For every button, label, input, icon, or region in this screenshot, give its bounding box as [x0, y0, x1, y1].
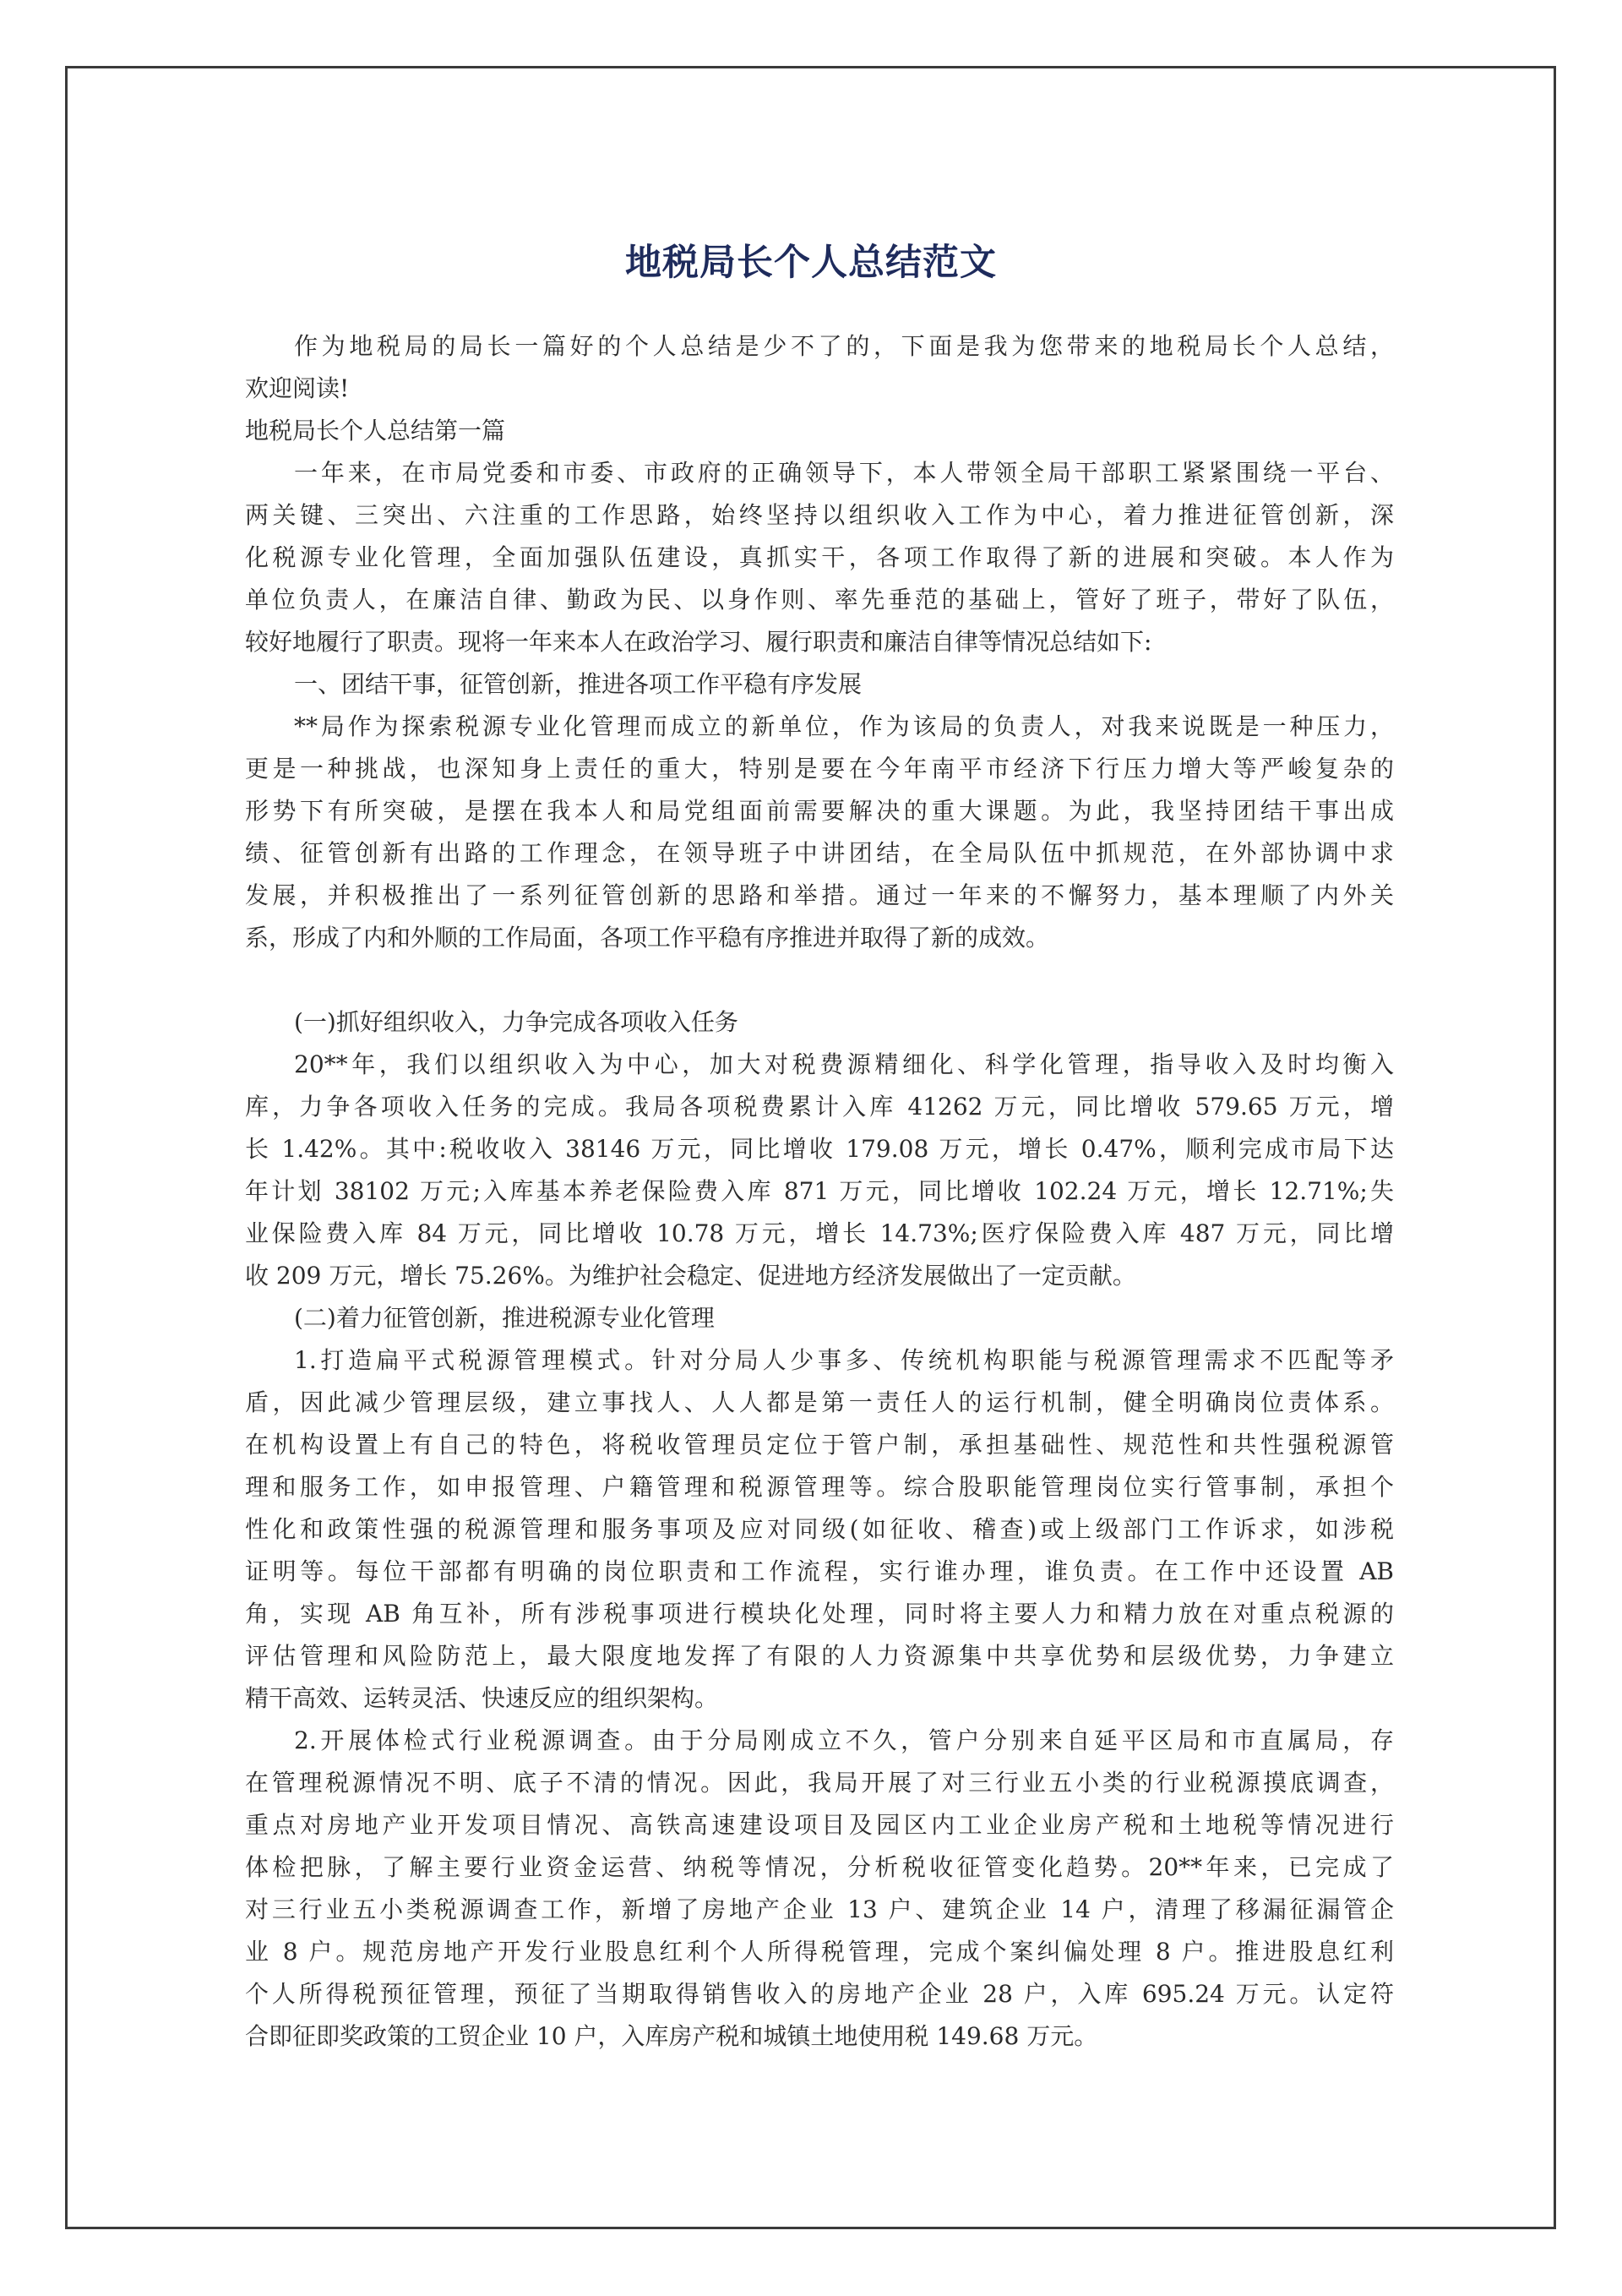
paragraph-line: 更是一种挑战，也深知身上责任的重大，特别是要在今年南平市经济下行压力增大等严峻复…: [245, 748, 1394, 790]
paragraph-line: 对三行业五小类税源调查工作，新增了房地产企业 13 户、建筑企业 14 户，清理…: [245, 1889, 1394, 1931]
paragraph-line: 业 8 户。规范房地产开发行业股息红利个人所得税管理，完成个案纠偏处理 8 户。…: [245, 1931, 1394, 1973]
paragraph-line: 单位负责人，在廉洁自律、勤政为民、以身作则、率先垂范的基础上，管好了班子，带好了…: [245, 579, 1394, 621]
paragraph-line: 性化和政策性强的税源管理和服务事项及应对同级(如征收、稽查)或上级部门工作诉求，…: [245, 1508, 1394, 1551]
paragraph-line: 在管理税源情况不明、底子不清的情况。因此，我局开展了对三行业五小类的行业税源摸底…: [245, 1762, 1394, 1804]
paragraph-line: 业保险费入库 84 万元，同比增收 10.78 万元，增长 14.73%;医疗保…: [245, 1213, 1394, 1255]
subheading: 一、团结干事，征管创新，推进各项工作平稳有序发展: [245, 663, 1394, 706]
paragraph-line: 较好地履行了职责。现将一年来本人在政治学习、履行职责和廉洁自律等情况总结如下:: [245, 621, 1394, 663]
subheading: (一)抓好组织收入，力争完成各项收入任务: [245, 1001, 1394, 1044]
paragraph-line: 发展，并积极推出了一系列征管创新的思路和举措。通过一年来的不懈努力，基本理顺了内…: [245, 875, 1394, 917]
paragraph-line: 2.开展体检式行业税源调查。由于分局刚成立不久，管户分别来自延平区局和市直属局，…: [245, 1720, 1394, 1762]
document-body: 作为地税局的局长一篇好的个人总结是少不了的，下面是我为您带来的地税局长个人总结，…: [245, 325, 1394, 2058]
document-title: 地税局长个人总结范文: [0, 237, 1622, 288]
paragraph-line: 合即征即奖政策的工贸企业 10 户，入库房产税和城镇土地使用税 149.68 万…: [245, 2015, 1394, 2058]
paragraph-line: **局作为探索税源专业化管理而成立的新单位，作为该局的负责人，对我来说既是一种压…: [245, 706, 1394, 748]
paragraph-line: 盾，因此减少管理层级，建立事找人、人人都是第一责任人的运行机制，健全明确岗位责体…: [245, 1382, 1394, 1424]
paragraph-line: 年计划 38102 万元;入库基本养老保险费入库 871 万元，同比增收 102…: [245, 1170, 1394, 1213]
section-heading: 地税局长个人总结第一篇: [245, 410, 1394, 452]
paragraph-line: 1.打造扁平式税源管理模式。针对分局人少事多、传统机构职能与税源管理需求不匹配等…: [245, 1339, 1394, 1382]
paragraph-line: 证明等。每位干部都有明确的岗位职责和工作流程，实行谁办理，谁负责。在工作中还设置…: [245, 1551, 1394, 1593]
paragraph-line: 两关键、三突出、六注重的工作思路，始终坚持以组织收入工作为中心，着力推进征管创新…: [245, 494, 1394, 537]
paragraph-line: 个人所得税预征管理，预征了当期取得销售收入的房地产企业 28 户，入库 695.…: [245, 1973, 1394, 2015]
paragraph-line: 角，实现 AB 角互补，所有涉税事项进行模块化处理，同时将主要人力和精力放在对重…: [245, 1593, 1394, 1635]
intro-line: 欢迎阅读!: [245, 368, 1394, 410]
paragraph-line: 在机构设置上有自己的特色，将税收管理员定位于管户制，承担基础性、规范性和共性强税…: [245, 1424, 1394, 1466]
paragraph-line: 长 1.42%。其中:税收收入 38146 万元，同比增收 179.08 万元，…: [245, 1128, 1394, 1170]
paragraph-line: 系，形成了内和外顺的工作局面，各项工作平稳有序推进并取得了新的成效。: [245, 917, 1394, 959]
paragraph-line: 绩、征管创新有出路的工作理念，在领导班子中讲团结，在全局队伍中抓规范，在外部协调…: [245, 832, 1394, 875]
paragraph-line: 评估管理和风险防范上，最大限度地发挥了有限的人力资源集中共享优势和层级优势，力争…: [245, 1635, 1394, 1677]
paragraph-line: 形势下有所突破，是摆在我本人和局党组面前需要解决的重大课题。为此，我坚持团结干事…: [245, 790, 1394, 832]
paragraph-line: 化税源专业化管理，全面加强队伍建设，真抓实干，各项工作取得了新的进展和突破。本人…: [245, 537, 1394, 579]
paragraph-line: 重点对房地产业开发项目情况、高铁高速建设项目及园区内工业企业房产税和土地税等情况…: [245, 1804, 1394, 1846]
blank-line: [245, 959, 1394, 1001]
paragraph-line: 理和服务工作，如申报管理、户籍管理和税源管理等。综合股职能管理岗位实行管事制，承…: [245, 1466, 1394, 1508]
paragraph-line: 一年来，在市局党委和市委、市政府的正确领导下，本人带领全局干部职工紧紧围绕一平台…: [245, 452, 1394, 494]
paragraph-line: 库，力争各项收入任务的完成。我局各项税费累计入库 41262 万元，同比增收 5…: [245, 1086, 1394, 1128]
paragraph-line: 20**年，我们以组织收入为中心，加大对税费源精细化、科学化管理，指导收入及时均…: [245, 1044, 1394, 1086]
intro-line: 作为地税局的局长一篇好的个人总结是少不了的，下面是我为您带来的地税局长个人总结，: [245, 325, 1394, 368]
subheading: (二)着力征管创新，推进税源专业化管理: [245, 1297, 1394, 1339]
paragraph-line: 收 209 万元，增长 75.26%。为维护社会稳定、促进地方经济发展做出了一定…: [245, 1255, 1394, 1297]
paragraph-line: 精干高效、运转灵活、快速反应的组织架构。: [245, 1677, 1394, 1720]
paragraph-line: 体检把脉，了解主要行业资金运营、纳税等情况，分析税收征管变化趋势。20**年来，…: [245, 1846, 1394, 1889]
